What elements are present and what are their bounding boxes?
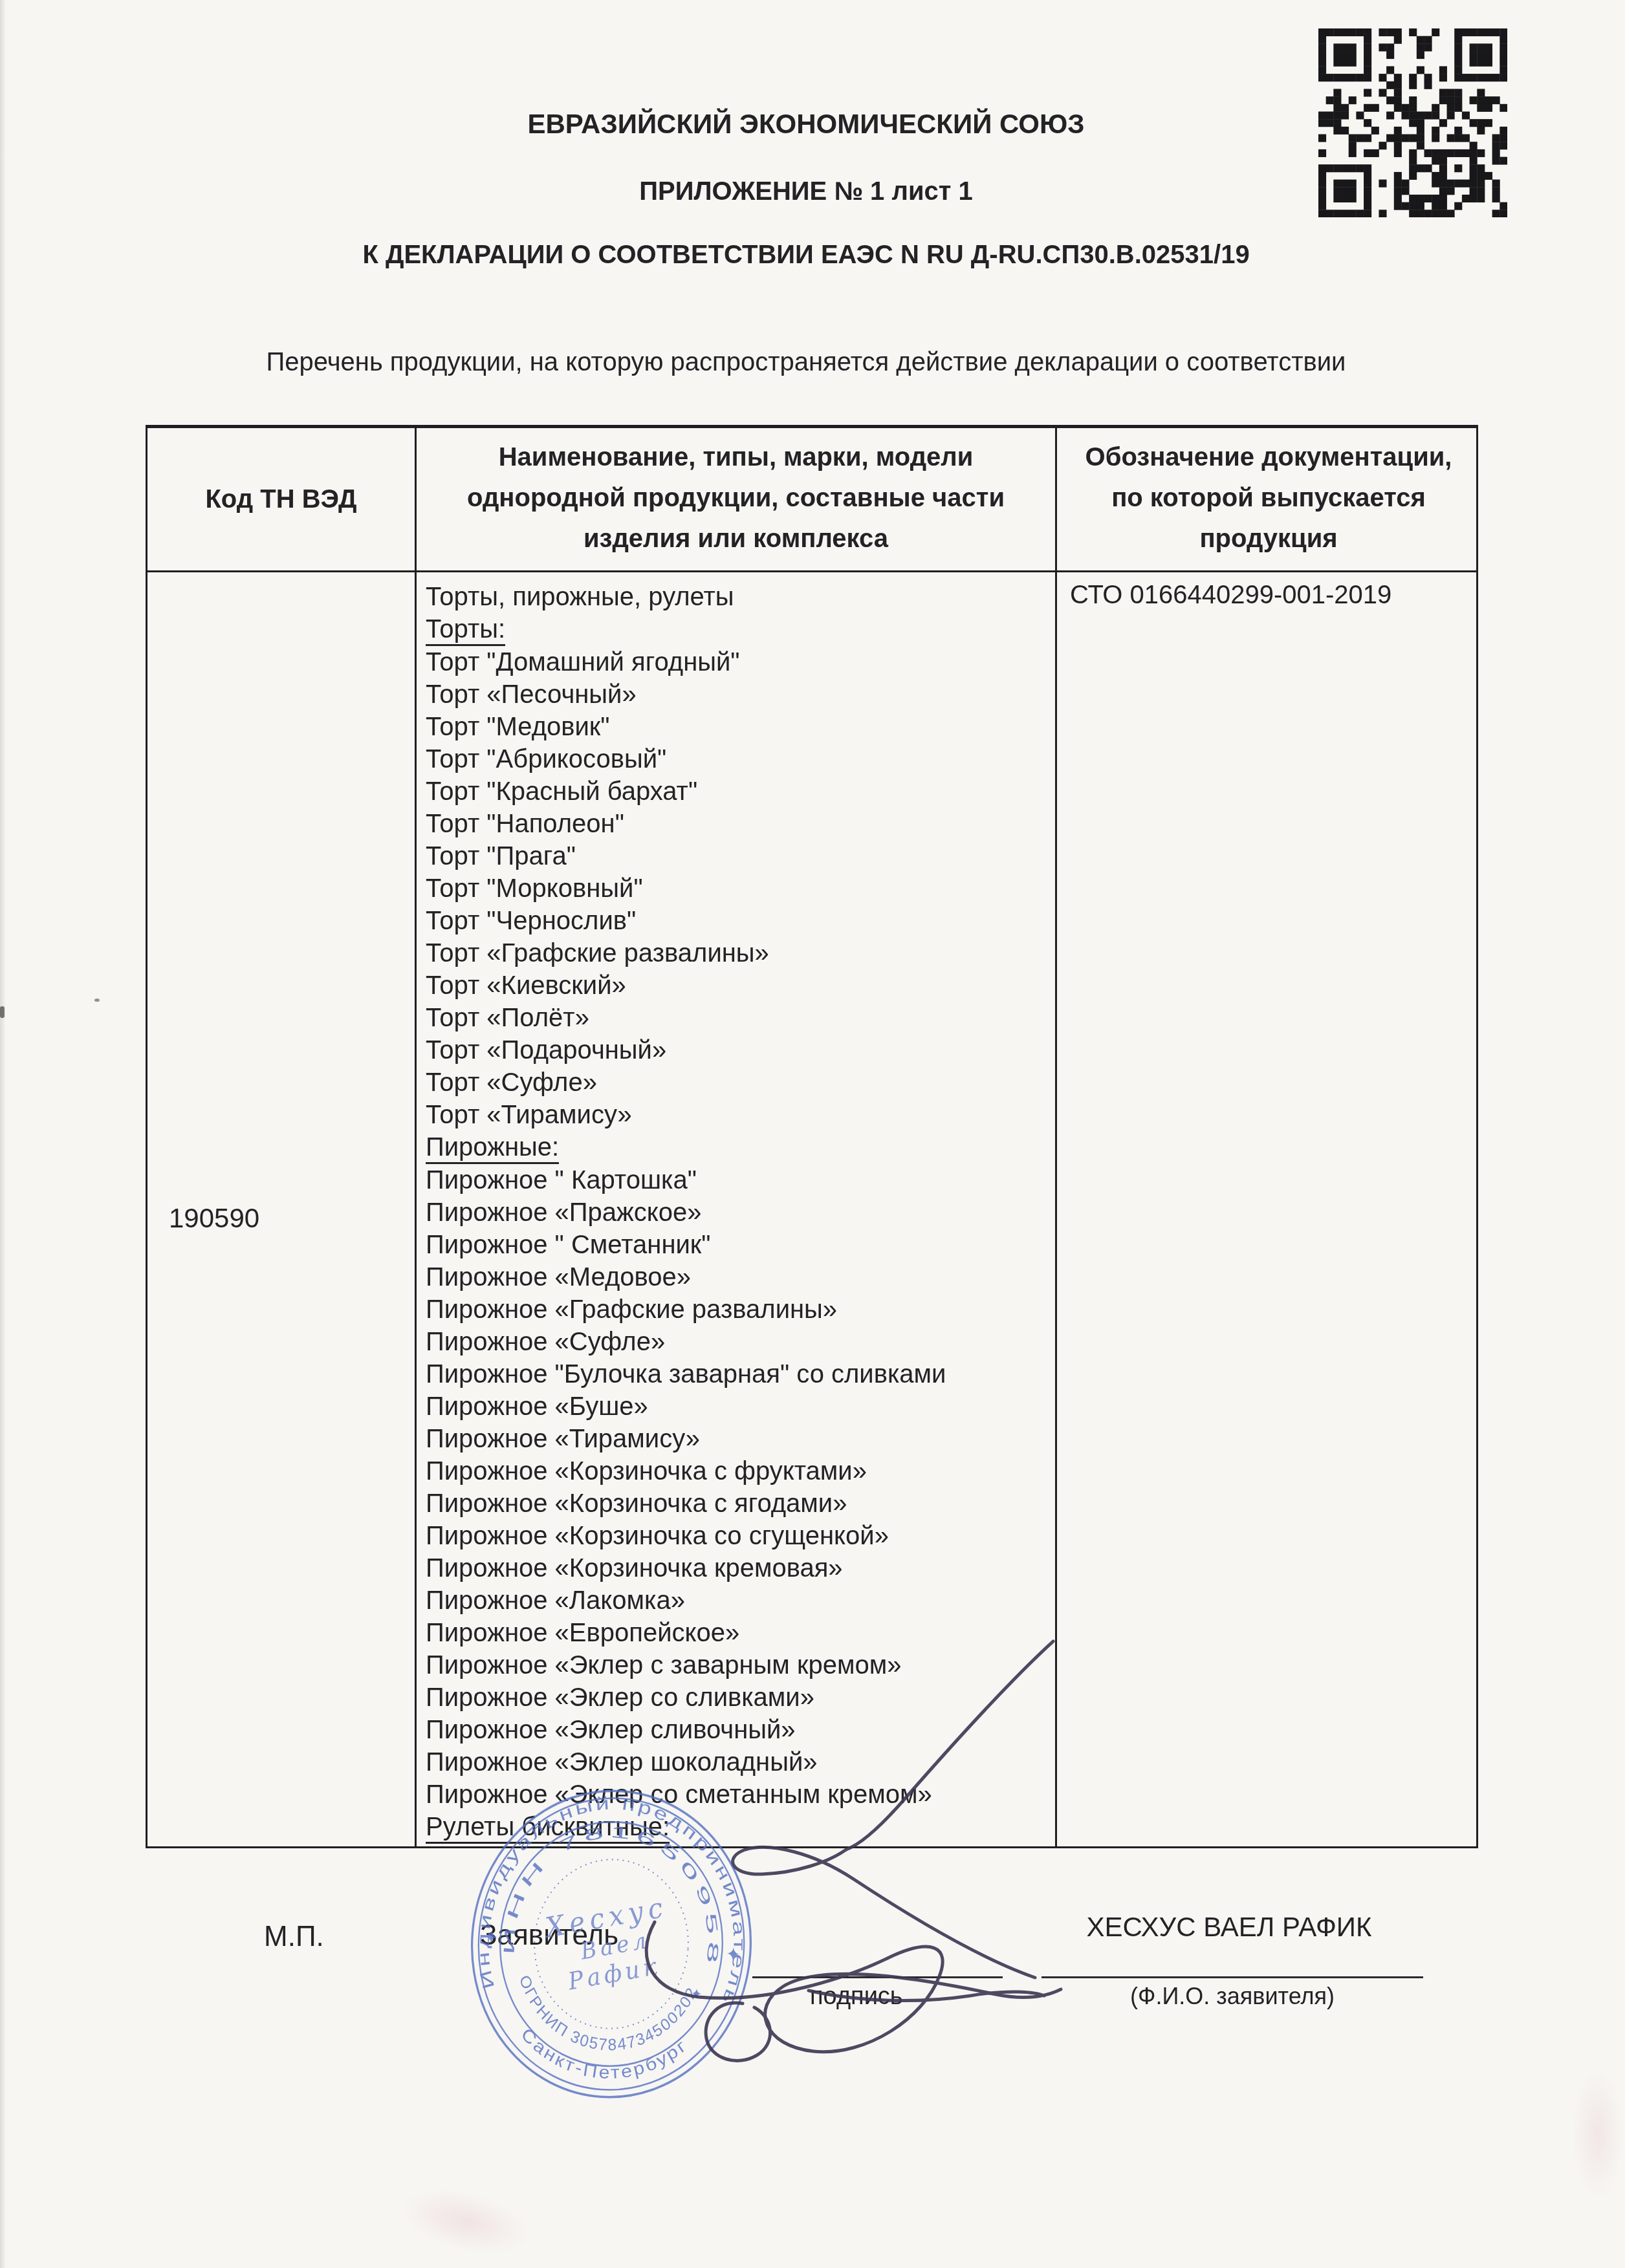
product-item: Пирожное «Корзиночка кремовая» (426, 1552, 1047, 1584)
product-item: Торт «Тирамису» (426, 1099, 1047, 1131)
product-item: Торт "Морковный" (426, 872, 1047, 905)
product-item: Пирожное «Корзиночка с фруктами» (426, 1455, 1047, 1487)
svg-text:Рафик: Рафик (565, 1951, 662, 1996)
product-item: Торт «Песочный» (426, 678, 1047, 711)
signature-caption: подпись (810, 1983, 903, 2011)
scan-smudge (1572, 2069, 1624, 2199)
declaration-number-title: К ДЕКЛАРАЦИИ О СООТВЕТСТВИИ ЕАЭС N RU Д-… (0, 241, 1612, 270)
scan-edge-mark (0, 1006, 5, 1018)
product-item: Пирожное «Эклер шоколадный» (426, 1746, 1047, 1778)
column-divider-2 (1055, 428, 1057, 1846)
product-item: Пирожное «Пражское» (426, 1196, 1047, 1229)
scan-dust-speck (94, 999, 100, 1002)
stamp-ring-text-bottom: Санкт-Петербург (515, 2023, 692, 2089)
column-divider-1 (415, 428, 417, 1846)
scan-smudge (396, 2177, 536, 2265)
product-item: Торты: (426, 613, 1047, 646)
product-item: Пирожное «Эклер со сливками» (426, 1681, 1047, 1714)
column-header-doc: Обозначение документации, по которой вып… (1057, 428, 1480, 570)
product-item: Торт "Абрикосовый" (426, 743, 1047, 775)
product-item: Рулеты бисквитные: (426, 1811, 1047, 1844)
product-item: Торт «Полёт» (426, 1002, 1047, 1034)
product-item: Торт «Суфле» (426, 1066, 1047, 1099)
product-item: Пирожное " Картошка" (426, 1164, 1047, 1196)
product-item: Пирожное «Тирамису» (426, 1423, 1047, 1455)
product-item: Пирожное «Эклер сливочный» (426, 1714, 1047, 1746)
scanned-declaration-page: ЕВРАЗИЙСКИЙ ЭКОНОМИЧЕСКИЙ СОЮЗ ПРИЛОЖЕНИ… (0, 0, 1625, 2268)
product-item: Торт «Киевский» (426, 969, 1047, 1002)
signature-line (752, 1976, 1003, 1978)
product-item: Торты, пирожные, рулеты (426, 581, 1047, 613)
product-item: Пирожное "Булочка заварная" со сливками (426, 1358, 1047, 1390)
product-item: Пирожное " Сметанник" (426, 1229, 1047, 1261)
product-item: Пирожные: (426, 1131, 1047, 1164)
stamp-star-right-icon: ✦ (725, 1943, 741, 1965)
product-item: Пирожное «Суфле» (426, 1326, 1047, 1358)
product-item: Торт "Домашний ягодный" (426, 646, 1047, 678)
product-item: Пирожное «Буше» (426, 1390, 1047, 1423)
product-item: Пирожное «Медовое» (426, 1261, 1047, 1293)
product-item: Торт "Прага" (426, 840, 1047, 872)
product-list: Торты, пирожные, рулеты Торты: Торт "Дом… (426, 581, 1047, 1844)
product-item: Пирожное «Эклер с заварным кремом» (426, 1649, 1047, 1681)
seal-place-label: М.П. (264, 1921, 324, 1953)
column-header-name: Наименование, типы, марки, модели одноро… (417, 428, 1055, 570)
product-item: Торт "Медовик" (426, 711, 1047, 743)
fio-caption: (Ф.И.О. заявителя) (1042, 1983, 1423, 2010)
qr-code-icon (1318, 28, 1507, 217)
product-item: Пирожное «Корзиночка с ягодами» (426, 1487, 1047, 1520)
product-item: Пирожное «Лакомка» (426, 1584, 1047, 1617)
product-item: Торт «Графские развалины» (426, 937, 1047, 969)
intro-text: Перечень продукции, на которую распростр… (0, 348, 1612, 377)
applicant-label: Заявитель (480, 1919, 618, 1952)
stamp-ogrnip-text: ОГРНИП 305784734500202 (511, 1972, 702, 2061)
product-item: Торт "Наполеон" (426, 808, 1047, 840)
header-row-divider (147, 570, 1476, 572)
applicant-name: ХЕСХУС ВАЕЛ РАФИК (1035, 1912, 1423, 1943)
product-item: Пирожное «Европейское» (426, 1617, 1047, 1649)
products-table: Код ТН ВЭД Наименование, типы, марки, мо… (146, 425, 1478, 1848)
stamp-star-inner-icon: ✦ (690, 1985, 703, 2002)
product-item: Пирожное «Эклер со сметанным кремом» (426, 1778, 1047, 1811)
doc-designation-cell: СТО 0166440299-001-2019 (1070, 581, 1391, 610)
product-item: Торт "Чернослив" (426, 905, 1047, 937)
column-header-code: Код ТН ВЭД (147, 428, 415, 570)
product-item: Торт "Красный бархат" (426, 775, 1047, 808)
fio-line (1042, 1976, 1423, 1978)
product-item: Торт «Подарочный» (426, 1034, 1047, 1066)
tnved-code-cell: 190590 (169, 1203, 259, 1234)
product-item: Пирожное «Графские развалины» (426, 1293, 1047, 1326)
product-item: Пирожное «Корзиночка со сгущенкой» (426, 1520, 1047, 1552)
